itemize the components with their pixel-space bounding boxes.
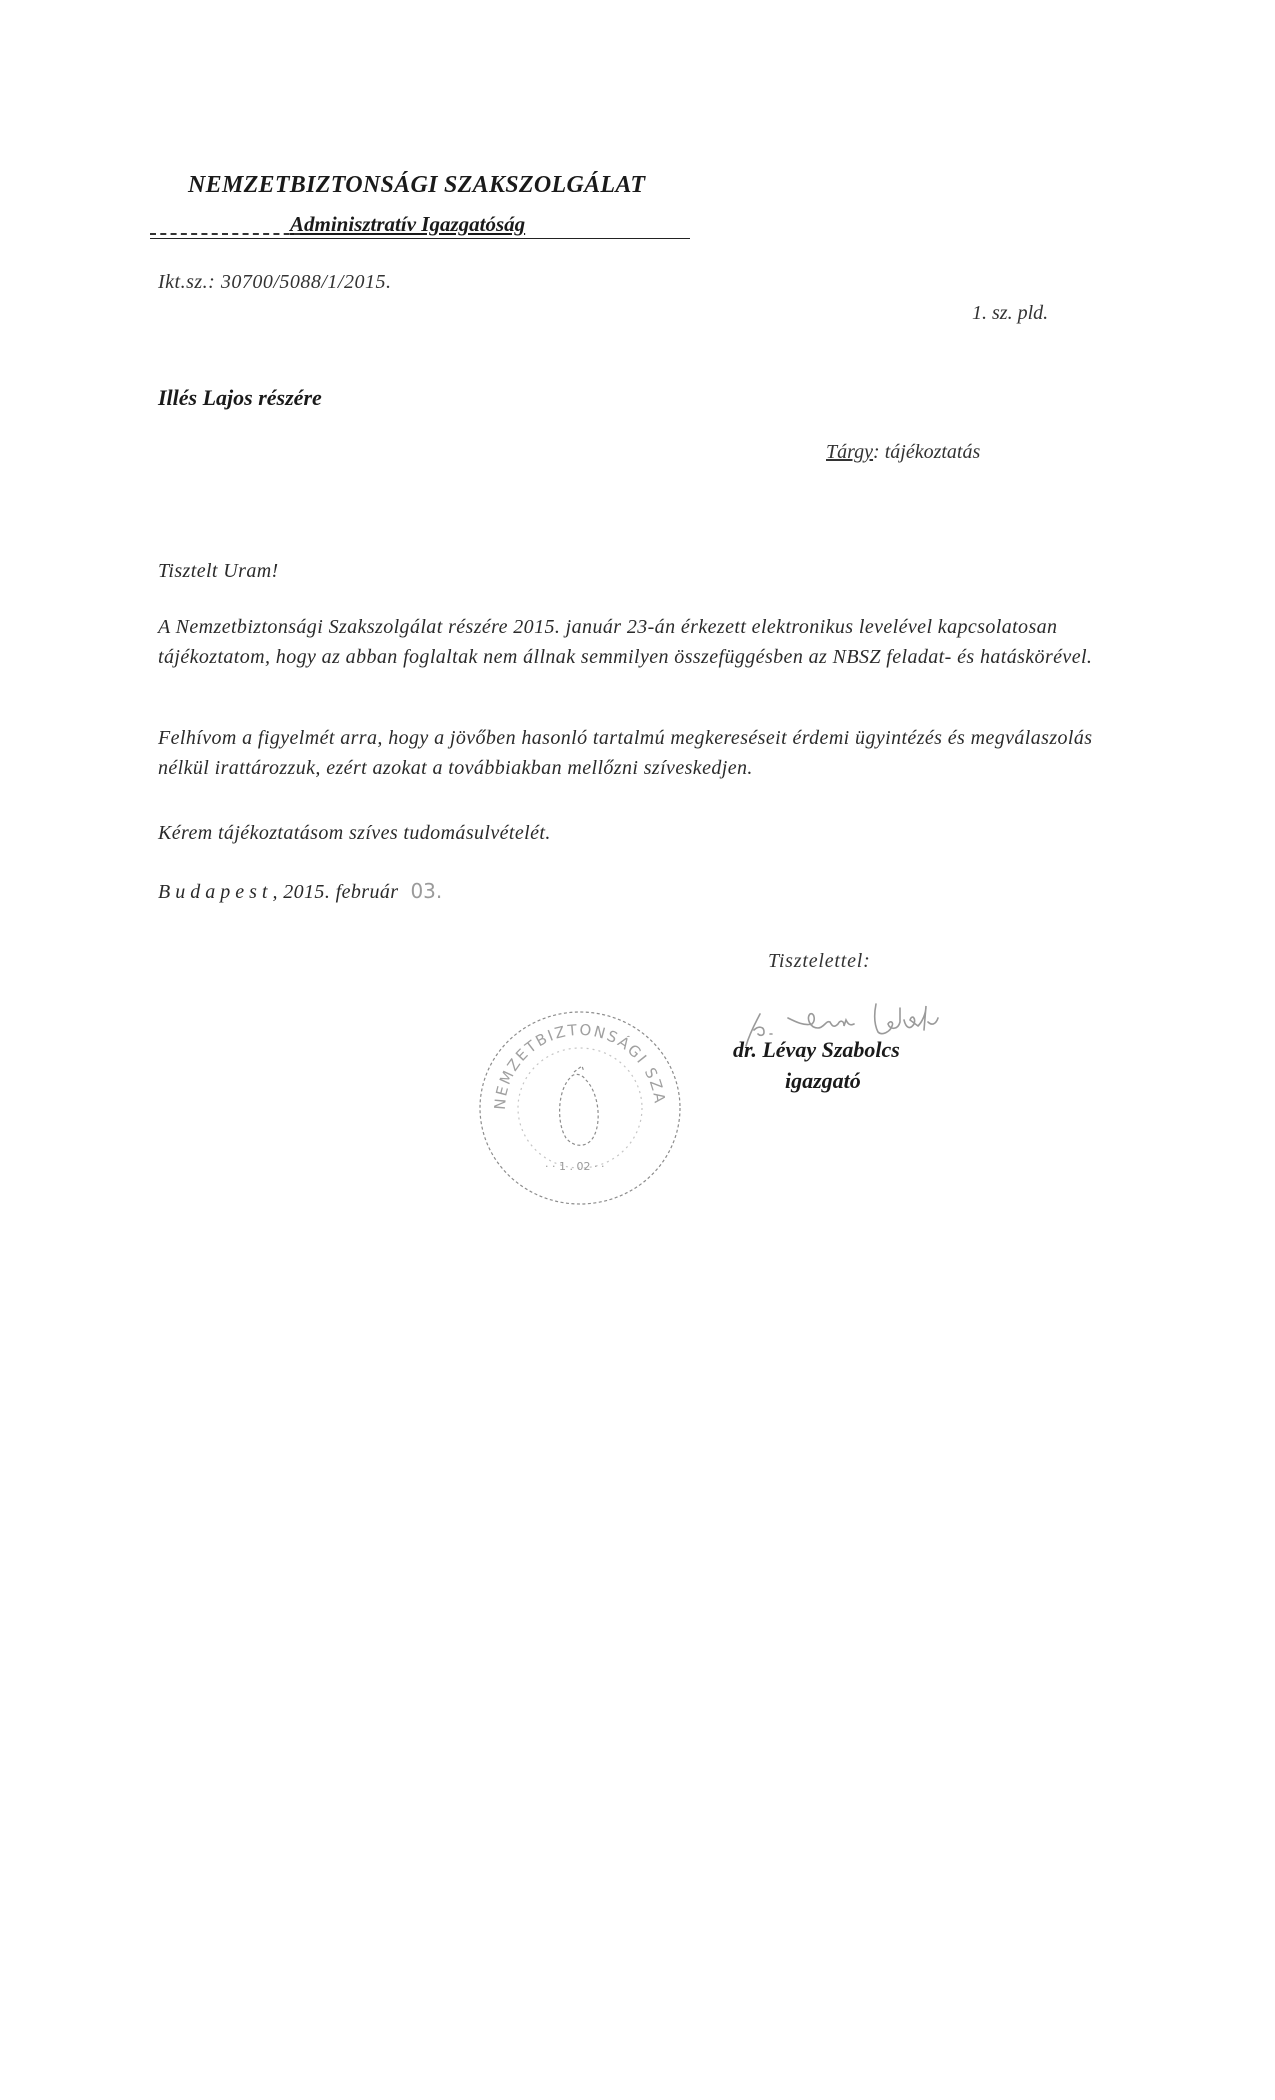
paragraph-2: Felhívom a figyelmét arra, hogy a jövőbe… (158, 723, 1110, 783)
official-stamp: NEMZETBIZTONSÁGI SZAKSZOLGÁLAT · · 1 . 0… (470, 1000, 690, 1210)
letterhead-rule-dashed (150, 233, 300, 235)
stamp-text: NEMZETBIZTONSÁGI SZAKSZOLGÁLAT (470, 1000, 669, 1110)
letterhead-organization: NEMZETBIZTONSÁGI SZAKSZOLGÁLAT (188, 172, 645, 199)
svg-text:· · 1 . 02 · ·: · · 1 . 02 · · (545, 1160, 604, 1173)
date-day-handwritten: 03. (410, 879, 442, 903)
subject-line: Tárgy: tájékoztatás (826, 441, 980, 464)
place: Budapest (158, 881, 272, 903)
signer-title: igazgató (785, 1068, 861, 1094)
subject-label: Tárgy (826, 441, 873, 463)
recipient: Illés Lajos részére (158, 385, 322, 411)
paragraph-3: Kérem tájékoztatásom szíves tudomásulvét… (158, 818, 1110, 848)
letterhead-rule (150, 238, 690, 239)
signer-name: dr. Lévay Szabolcs (733, 1037, 900, 1063)
file-number: Ikt.sz.: 30700/5088/1/2015. (158, 271, 392, 294)
place-date: Budapest, 2015. február03. (158, 876, 1110, 907)
closing: Tisztelettel: (768, 950, 871, 973)
copy-number: 1. sz. pld. (972, 302, 1048, 325)
letterhead-department: Adminisztratív Igazgatóság (290, 212, 525, 237)
salutation: Tisztelt Uram! (158, 556, 1110, 586)
paragraph-1: A Nemzetbiztonsági Szakszolgálat részére… (158, 612, 1110, 672)
date-printed: , 2015. február (272, 881, 398, 903)
subject-value: : tájékoztatás (873, 441, 980, 463)
